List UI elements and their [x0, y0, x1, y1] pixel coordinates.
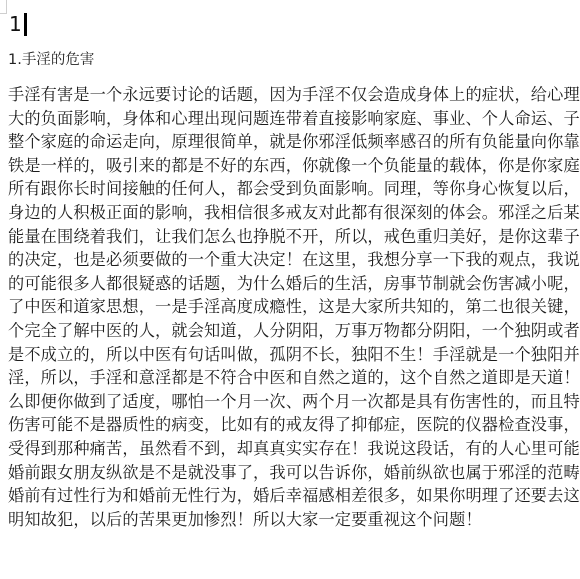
- section-title: 1.手淫的危害: [8, 51, 94, 69]
- paragraph-line: 婚前跟女朋友纵欲是不是就没事了，我可以告诉你，婚前纵欲也属于邪淫的范畴，据统计，: [8, 461, 574, 485]
- paragraph-line: 铁是一样的，吸引来的都是不好的东西，你就像一个负能量的载体，你是你家庭的一个成员…: [8, 154, 574, 178]
- paragraph-line: 么即便你做到了适度，哪怕一个月一次、两个月一次都是具有伤害性的，而且特别大！这种: [8, 390, 574, 414]
- paragraph-line: 手淫有害是一个永远要讨论的话题，因为手淫不仅会造成身体上的症状，给心理也会造成很: [8, 83, 574, 107]
- paragraph-line: 能量在围绕着我们，让我们怎么也挣脱不开，所以，戒色重归美好，是你这辈子做的最正确: [8, 225, 574, 249]
- paragraph-line: 整个家庭的命运走向，原理很简单，就是你邪淫低频率感召的所有负能量向你靠近，就跟磁: [8, 130, 574, 154]
- body-paragraph: 手淫有害是一个永远要讨论的话题，因为手淫不仅会造成身体上的症状，给心理也会造成很…: [8, 83, 574, 531]
- paragraph-line: 身边的人积极正面的影响，我相信很多戒友对此都有很深刻的体会。邪淫之后某种无形的负: [8, 201, 574, 225]
- paragraph-line: 受得到那种痛苦，虽然看不到，却真真实实存在！我说这段话，有的人心里可能就在想，那: [8, 437, 574, 461]
- paragraph-line: 的决定，也是必须要做的一个重大决定！在这里，我想分享一下我的观点，我说一个很关键: [8, 248, 574, 272]
- paragraph-line: 伤害可能不是器质性的病变，比如有的戒友得了抑郁症，医院的仪器检查没事，但本人能感: [8, 413, 574, 437]
- paragraph-line: 是不成立的，所以中医有句话叫做，孤阴不长，独阳不生！手淫就是一个独阳并且伴随着意: [8, 343, 574, 367]
- page-number-line[interactable]: 1: [9, 12, 27, 36]
- paragraph-line: 个完全了解中医的人，就会知道，人分阴阳，万事万物都分阴阳，一个独阴或者一个独阳都: [8, 319, 574, 343]
- paragraph-line: 大的负面影响，身体和心理出现问题连带着直接影响家庭、事业、个人命运、子孙命运乃至: [8, 107, 574, 131]
- text-cursor: [24, 13, 27, 36]
- page-corner-mark: [0, 0, 7, 14]
- paragraph-line: 的可能很多人都很疑惑的话题，为什么婚后的生活，房事节制就会伤害减小呢，这里涉及到: [8, 272, 574, 296]
- paragraph-line: 所有跟你长时间接触的任何人，都会受到负面影响。同理，等你身心恢复以后，你可以给你: [8, 177, 574, 201]
- paragraph-line: 了中医和道家思想，一是手淫高度成瘾性，这是大家所共知的，第二也很关键，如果你是一: [8, 295, 574, 319]
- paragraph-line: 淫，所以，手淫和意淫都是不符合中医和自然之道的，这个自然之道即是天道！这就是为什: [8, 366, 574, 390]
- paragraph-line: 婚前有过性行为和婚前无性行为，婚后幸福感相差很多，如果你明理了还要去这么做，就是: [8, 484, 574, 508]
- page-number: 1: [9, 12, 22, 36]
- paragraph-line: 明知故犯，以后的苦果更加惨烈！所以大家一定要重视这个问题！: [8, 508, 574, 532]
